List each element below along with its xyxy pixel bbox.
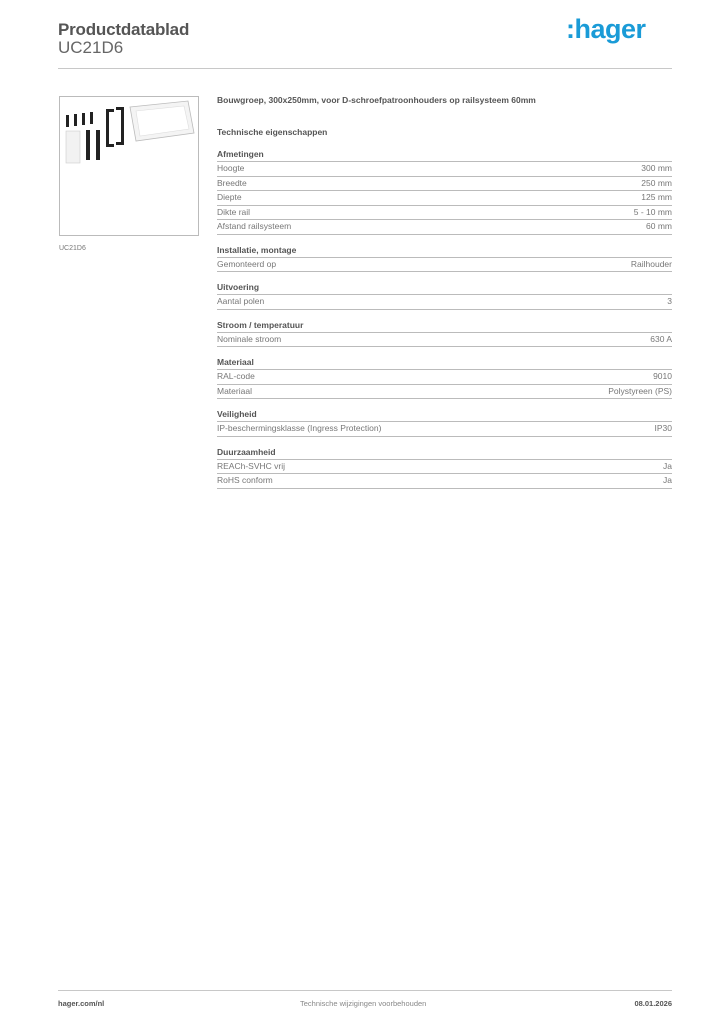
section-title: Duurzaamheid bbox=[217, 447, 672, 460]
spec-value: 630 A bbox=[650, 333, 672, 347]
spec-row: REACh-SVHC vrijJa bbox=[217, 460, 672, 475]
spec-value: 9010 bbox=[653, 370, 672, 384]
spec-value: Railhouder bbox=[631, 258, 672, 272]
section-title: Afmetingen bbox=[217, 149, 672, 162]
header-divider bbox=[58, 68, 672, 69]
spec-label: Gemonteerd op bbox=[217, 258, 276, 272]
footer-date: 08.01.2026 bbox=[634, 999, 672, 1008]
spec-label: Diepte bbox=[217, 191, 242, 205]
spec-row: Diepte125 mm bbox=[217, 191, 672, 206]
spec-section: Stroom / temperatuurNominale stroom630 A bbox=[217, 320, 672, 348]
spec-row: Nominale stroom630 A bbox=[217, 333, 672, 348]
spec-value: 3 bbox=[667, 295, 672, 309]
spec-section: Installatie, montageGemonteerd opRailhou… bbox=[217, 245, 672, 273]
spec-section: MateriaalRAL-code9010MateriaalPolystyree… bbox=[217, 357, 672, 399]
section-title: Installatie, montage bbox=[217, 245, 672, 258]
spec-row: Dikte rail5 - 10 mm bbox=[217, 206, 672, 221]
footer-notice: Technische wijzigingen voorbehouden bbox=[300, 999, 426, 1008]
spec-row: RoHS conformJa bbox=[217, 474, 672, 489]
spec-row: Gemonteerd opRailhouder bbox=[217, 258, 672, 273]
spec-label: Afstand railsysteem bbox=[217, 220, 291, 234]
spec-row: Afstand railsysteem60 mm bbox=[217, 220, 672, 235]
spec-label: Dikte rail bbox=[217, 206, 250, 220]
tech-heading: Technische eigenschappen bbox=[217, 127, 672, 137]
spec-label: RoHS conform bbox=[217, 474, 273, 488]
section-title: Uitvoering bbox=[217, 282, 672, 295]
document-title: Productdatablad bbox=[58, 20, 189, 40]
hager-logo: :hager bbox=[566, 14, 646, 45]
spec-label: Breedte bbox=[217, 177, 247, 191]
spec-section: DuurzaamheidREACh-SVHC vrijJaRoHS confor… bbox=[217, 447, 672, 489]
spec-label: IP-beschermingsklasse (Ingress Protectio… bbox=[217, 422, 381, 436]
spec-section: AfmetingenHoogte300 mmBreedte250 mmDiept… bbox=[217, 149, 672, 235]
section-title: Veiligheid bbox=[217, 409, 672, 422]
spec-row: Breedte250 mm bbox=[217, 177, 672, 192]
section-title: Materiaal bbox=[217, 357, 672, 370]
spec-value: Ja bbox=[663, 474, 672, 488]
spec-row: MateriaalPolystyreen (PS) bbox=[217, 385, 672, 400]
footer-website: hager.com/nl bbox=[58, 999, 104, 1008]
spec-row: Hoogte300 mm bbox=[217, 162, 672, 177]
footer-divider bbox=[58, 990, 672, 991]
spec-row: Aantal polen3 bbox=[217, 295, 672, 310]
product-illustration-icon bbox=[60, 97, 198, 235]
spec-label: REACh-SVHC vrij bbox=[217, 460, 285, 474]
spec-content: Bouwgroep, 300x250mm, voor D-schroefpatr… bbox=[217, 95, 672, 499]
spec-value: 5 - 10 mm bbox=[634, 206, 672, 220]
product-image bbox=[59, 96, 199, 236]
spec-label: Aantal polen bbox=[217, 295, 264, 309]
section-title: Stroom / temperatuur bbox=[217, 320, 672, 333]
spec-row: RAL-code9010 bbox=[217, 370, 672, 385]
spec-label: Nominale stroom bbox=[217, 333, 281, 347]
product-description: Bouwgroep, 300x250mm, voor D-schroefpatr… bbox=[217, 95, 672, 105]
spec-value: Ja bbox=[663, 460, 672, 474]
spec-sections: AfmetingenHoogte300 mmBreedte250 mmDiept… bbox=[217, 149, 672, 489]
spec-value: IP30 bbox=[655, 422, 673, 436]
spec-value: 300 mm bbox=[641, 162, 672, 176]
spec-row: IP-beschermingsklasse (Ingress Protectio… bbox=[217, 422, 672, 437]
spec-section: UitvoeringAantal polen3 bbox=[217, 282, 672, 310]
product-code: UC21D6 bbox=[58, 38, 123, 58]
spec-label: RAL-code bbox=[217, 370, 255, 384]
spec-label: Hoogte bbox=[217, 162, 244, 176]
image-caption: UC21D6 bbox=[59, 245, 86, 252]
spec-value: 60 mm bbox=[646, 220, 672, 234]
spec-label: Materiaal bbox=[217, 385, 252, 399]
spec-value: 250 mm bbox=[641, 177, 672, 191]
spec-value: Polystyreen (PS) bbox=[608, 385, 672, 399]
spec-value: 125 mm bbox=[641, 191, 672, 205]
spec-section: VeiligheidIP-beschermingsklasse (Ingress… bbox=[217, 409, 672, 437]
